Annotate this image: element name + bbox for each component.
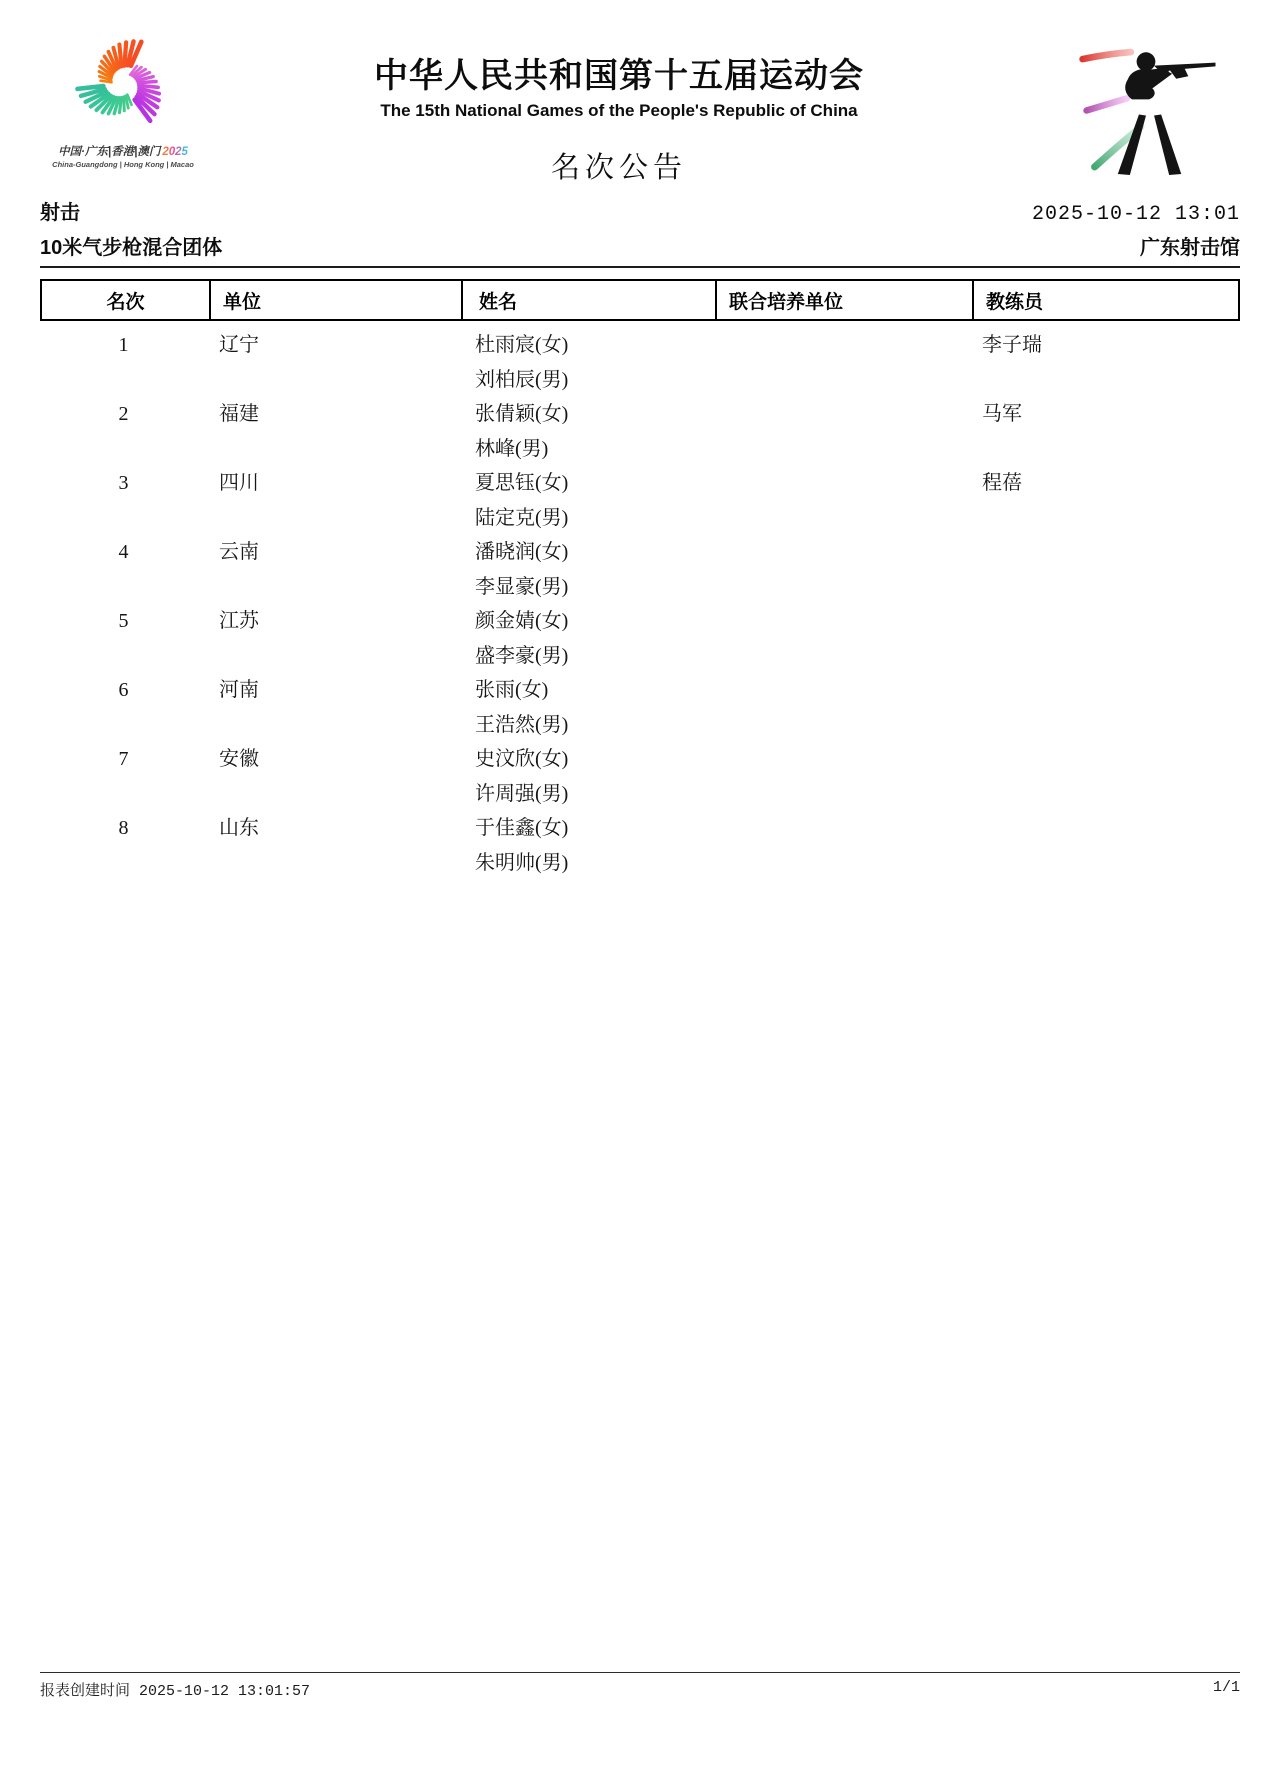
event-name: 10米气步枪混合团体 xyxy=(40,231,222,260)
page-subtitle: The 15th National Games of the People's … xyxy=(200,101,1038,121)
coach-cell: 程蓓 xyxy=(970,466,1236,501)
column-header-joint-unit: 联合培养单位 xyxy=(715,281,972,319)
report-datetime: 2025-10-12 13:01 xyxy=(1032,203,1240,226)
athlete-name: 朱明帅(男) xyxy=(475,846,713,881)
table-row: 4 云南 潘晓润(女)李显豪(男) xyxy=(40,535,1236,604)
athlete-name: 盛李豪(男) xyxy=(475,639,713,674)
logo-caption-year: 2025 xyxy=(160,146,188,158)
logo-caption-cn: 中国·广东|香港|澳门 xyxy=(58,146,160,158)
athlete-name: 张倩颖(女) xyxy=(475,397,713,432)
unit-cell: 山东 xyxy=(207,811,459,846)
column-header-unit: 单位 xyxy=(209,281,461,319)
table-row: 1 辽宁 杜雨宸(女)刘柏辰(男) 李子瑞 xyxy=(40,328,1236,397)
table-row: 6 河南 张雨(女)王浩然(男) xyxy=(40,673,1236,742)
logo-caption: 中国·广东|香港|澳门2025 xyxy=(48,146,198,159)
athlete-name: 张雨(女) xyxy=(475,673,713,708)
page-footer: 报表创建时间 2025-10-12 13:01:57 1/1 xyxy=(40,1679,1240,1700)
results-table-header: 名次 单位 姓名 联合培养单位 教练员 xyxy=(40,279,1240,321)
coach-cell xyxy=(970,535,1236,570)
athletes-cell: 史汶欣(女)许周强(男) xyxy=(459,742,713,811)
header-divider xyxy=(40,266,1240,268)
joint-unit-cell xyxy=(713,535,970,570)
athlete-name: 杜雨宸(女) xyxy=(475,328,713,363)
rank-cell: 8 xyxy=(40,811,207,846)
unit-cell: 辽宁 xyxy=(207,328,459,363)
joint-unit-cell xyxy=(713,397,970,432)
column-header-coach: 教练员 xyxy=(972,281,1238,319)
athlete-name: 李显豪(男) xyxy=(475,570,713,605)
athlete-name: 许周强(男) xyxy=(475,777,713,812)
sport-label: 射击 xyxy=(40,196,80,225)
table-row: 7 安徽 史汶欣(女)许周强(男) xyxy=(40,742,1236,811)
unit-cell: 安徽 xyxy=(207,742,459,777)
rank-cell: 6 xyxy=(40,673,207,708)
report-created-time: 报表创建时间 2025-10-12 13:01:57 xyxy=(40,1679,310,1700)
footer-divider xyxy=(40,1672,1240,1673)
table-row: 3 四川 夏思钰(女)陆定克(男) 程蓓 xyxy=(40,466,1236,535)
page-title: 中华人民共和国第十五届运动会 xyxy=(200,48,1038,97)
table-row: 8 山东 于佳鑫(女)朱明帅(男) xyxy=(40,811,1236,880)
coach-cell xyxy=(970,604,1236,639)
unit-cell: 河南 xyxy=(207,673,459,708)
athletes-cell: 张倩颖(女)林峰(男) xyxy=(459,397,713,466)
athlete-name: 王浩然(男) xyxy=(475,708,713,743)
rank-cell: 1 xyxy=(40,328,207,363)
coach-cell xyxy=(970,673,1236,708)
table-row: 2 福建 张倩颖(女)林峰(男) 马军 xyxy=(40,397,1236,466)
joint-unit-cell xyxy=(713,742,970,777)
table-row: 5 江苏 颜金婧(女)盛李豪(男) xyxy=(40,604,1236,673)
meta-row-sport: 射击 2025-10-12 13:01 xyxy=(40,196,1240,226)
games-logo: 中国·广东|香港|澳门2025 China-Guangdong | Hong K… xyxy=(48,28,198,169)
athletes-cell: 颜金婧(女)盛李豪(男) xyxy=(459,604,713,673)
athletes-cell: 潘晓润(女)李显豪(男) xyxy=(459,535,713,604)
page-number: 1/1 xyxy=(1213,1679,1240,1700)
title-block: 中华人民共和国第十五届运动会 The 15th National Games o… xyxy=(200,48,1038,186)
column-header-rank: 名次 xyxy=(42,281,209,319)
national-games-emblem-icon xyxy=(59,28,187,146)
joint-unit-cell xyxy=(713,466,970,501)
athlete-name: 于佳鑫(女) xyxy=(475,811,713,846)
athlete-name: 夏思钰(女) xyxy=(475,466,713,501)
joint-unit-cell xyxy=(713,604,970,639)
unit-cell: 福建 xyxy=(207,397,459,432)
athletes-cell: 夏思钰(女)陆定克(男) xyxy=(459,466,713,535)
rank-cell: 7 xyxy=(40,742,207,777)
document-type-title: 名次公告 xyxy=(200,145,1038,186)
athlete-name: 林峰(男) xyxy=(475,432,713,467)
unit-cell: 江苏 xyxy=(207,604,459,639)
athletes-cell: 杜雨宸(女)刘柏辰(男) xyxy=(459,328,713,397)
logo-caption-en: China-Guangdong | Hong Kong | Macao xyxy=(48,160,198,169)
coach-cell: 马军 xyxy=(970,397,1236,432)
joint-unit-cell xyxy=(713,673,970,708)
athletes-cell: 于佳鑫(女)朱明帅(男) xyxy=(459,811,713,880)
athlete-name: 陆定克(男) xyxy=(475,501,713,536)
coach-cell: 李子瑞 xyxy=(970,328,1236,363)
coach-cell xyxy=(970,811,1236,846)
shooting-pictogram-icon xyxy=(1076,42,1218,178)
rank-cell: 4 xyxy=(40,535,207,570)
results-rows: 1 辽宁 杜雨宸(女)刘柏辰(男) 李子瑞 2 福建 张倩颖(女)林峰(男) 马… xyxy=(40,328,1236,880)
athlete-name: 史汶欣(女) xyxy=(475,742,713,777)
rank-cell: 3 xyxy=(40,466,207,501)
athletes-cell: 张雨(女)王浩然(男) xyxy=(459,673,713,742)
column-header-name: 姓名 xyxy=(461,281,715,319)
unit-cell: 云南 xyxy=(207,535,459,570)
athlete-name: 颜金婧(女) xyxy=(475,604,713,639)
athlete-name: 刘柏辰(男) xyxy=(475,363,713,398)
joint-unit-cell xyxy=(713,328,970,363)
rank-cell: 2 xyxy=(40,397,207,432)
coach-cell xyxy=(970,742,1236,777)
athlete-name: 潘晓润(女) xyxy=(475,535,713,570)
rank-cell: 5 xyxy=(40,604,207,639)
meta-row-event: 10米气步枪混合团体 广东射击馆 xyxy=(40,231,1240,260)
unit-cell: 四川 xyxy=(207,466,459,501)
joint-unit-cell xyxy=(713,811,970,846)
venue-name: 广东射击馆 xyxy=(1140,231,1240,260)
